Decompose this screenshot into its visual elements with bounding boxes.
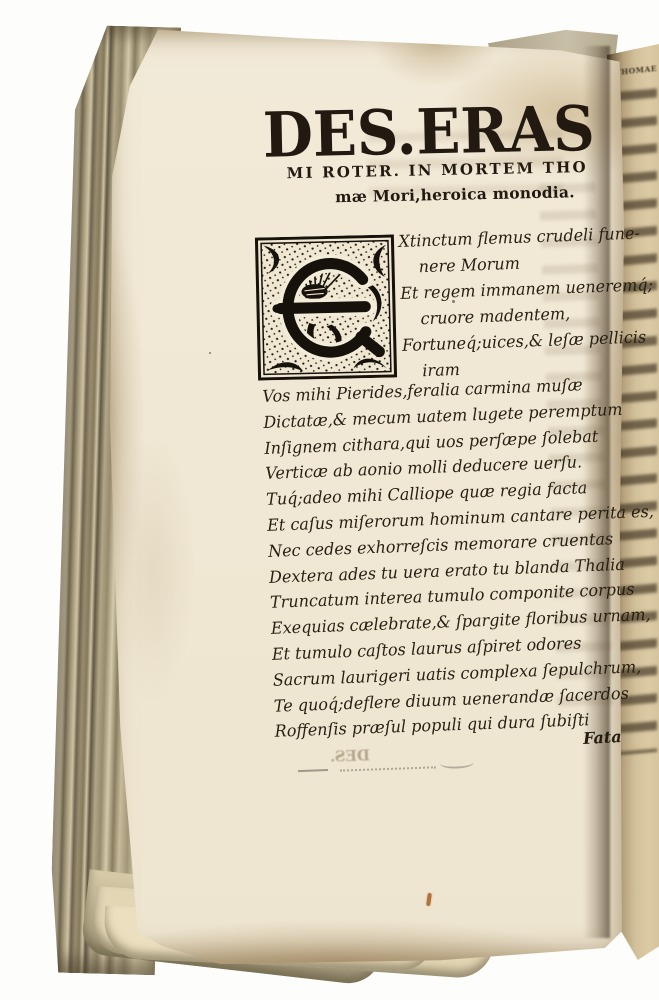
verse-opening-block: Xtinctum flemus crudeli fune- nere Morum…	[398, 220, 656, 385]
pencil-mark-dots	[340, 766, 436, 771]
pencil-mark-dash	[298, 769, 328, 772]
catchword: Fata	[583, 727, 623, 748]
ink-speck	[209, 352, 211, 354]
verse-main-block: Vos mihi Pierides,feralia carmina muſæ D…	[262, 370, 659, 745]
right-page-running-header: THOMAE	[615, 64, 657, 77]
initial-woodcut	[254, 234, 397, 380]
page-heading: DES.ERAS MI ROTER. IN MORTEM THO mæ Mori…	[0, 0, 656, 6]
pencil-mark-curve	[440, 757, 474, 769]
book-photo: THOMAE DES.ERAS MI ROTER. IN MORTEM THO …	[0, 0, 659, 1000]
ink-speck	[452, 300, 455, 303]
